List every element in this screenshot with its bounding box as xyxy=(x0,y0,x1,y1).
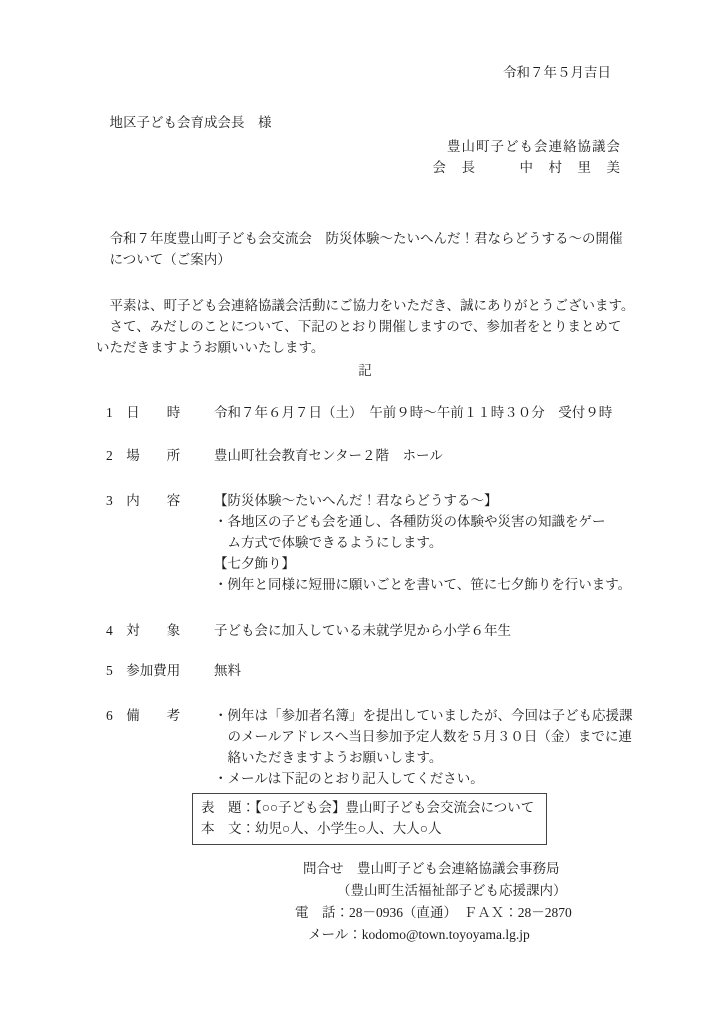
item-row-place: 2 場 所 豊山町社会教育センター２階 ホール xyxy=(106,445,634,466)
greeting-line-1: 平素は、町子ども会連絡協議会活動にご協力をいただき、誠にありがとうございます。 xyxy=(96,295,634,316)
item-value-line: 【防災体験～たいへんだ！君ならどうする～】 xyxy=(214,490,634,511)
item-label: 5 参加費用 xyxy=(106,660,214,681)
item-label: 2 場 所 xyxy=(106,445,214,466)
item-value: ・例年は「参加者名簿」を提出していましたが、今回は子ども応援課 のメールアドレス… xyxy=(214,705,634,789)
item-row-datetime: 1 日 時 令和７年６月７日（土） 午前９時～午前１１時３０分 受付９時 xyxy=(106,402,634,423)
item-value-line: 絡いただきますようお願いします。 xyxy=(214,747,634,768)
subject-line-2: について（ご案内） xyxy=(96,249,634,270)
contact-phone-fax: 電 話：28－0936（直通） ＦＡＸ：28－2870 xyxy=(295,902,634,924)
item-row-target: 4 対 象 子ども会に加入している未就学児から小学６年生 xyxy=(106,620,634,641)
contact-email: メール：kodomo@town.toyoyama.lg.jp xyxy=(308,924,634,946)
sender-person: 会 長 中 村 里 美 xyxy=(96,157,621,179)
contact-block: 問合せ 豊山町子ども会連絡協議会事務局 （豊山町生活福祉部子ども応援課内） 電 … xyxy=(96,858,634,946)
item-value-line: ム方式で体験できるようにします。 xyxy=(214,532,634,553)
item-value-line: 無料 xyxy=(214,660,634,681)
item-value-line: ・例年は「参加者名簿」を提出していましたが、今回は子ども応援課 xyxy=(214,705,634,726)
item-label: 4 対 象 xyxy=(106,620,214,641)
item-row-fee: 5 参加費用 無料 xyxy=(106,660,634,681)
item-row-remarks: 6 備 考 ・例年は「参加者名簿」を提出していましたが、今回は子ども応援課 のメ… xyxy=(106,705,634,789)
document-page: 令和７年５月吉日 地区子ども会育成会長 様 豊山町子ども会連絡協議会 会 長 中… xyxy=(0,0,724,1024)
contact-department: （豊山町生活福祉部子ども応援課内） xyxy=(337,880,634,902)
subject-line-1: 令和７年度豊山町子ども会交流会 防災体験～たいへんだ！君ならどうする～の開催 xyxy=(96,228,634,249)
greeting-line-3: いただきますようお願いいたします。 xyxy=(96,337,634,358)
sender-block: 豊山町子ども会連絡協議会 会 長 中 村 里 美 xyxy=(96,136,634,179)
greeting-line-2: さて、みだしのことについて、下記のとおり開催しますので、参加者をとりまとめて xyxy=(96,316,634,337)
item-value-line: 豊山町社会教育センター２階 ホール xyxy=(214,445,634,466)
date-block: 令和７年５月吉日 xyxy=(96,62,634,83)
subject-block: 令和７年度豊山町子ども会交流会 防災体験～たいへんだ！君ならどうする～の開催 に… xyxy=(96,228,634,270)
item-value-line: ・メールは下記のとおり記入してください。 xyxy=(214,768,634,789)
item-value: 令和７年６月７日（土） 午前９時～午前１１時３０分 受付９時 xyxy=(214,402,634,423)
item-value: 豊山町社会教育センター２階 ホール xyxy=(214,445,634,466)
item-value: 子ども会に加入している未就学児から小学６年生 xyxy=(214,620,634,641)
item-value: 無料 xyxy=(214,660,634,681)
items-list: 1 日 時 令和７年６月７日（土） 午前９時～午前１１時３０分 受付９時 2 場… xyxy=(96,402,634,789)
item-row-contents: 3 内 容 【防災体験～たいへんだ！君ならどうする～】 ・各地区の子ども会を通し… xyxy=(106,490,634,595)
item-value-line: ・各地区の子ども会を通し、各種防災の体験や災害の知識をゲー xyxy=(214,511,634,532)
contact-office: 問合せ 豊山町子ども会連絡協議会事務局 xyxy=(303,858,634,880)
addressee: 地区子ども会育成会長 様 xyxy=(96,112,634,133)
item-value-line: ・例年と同様に短冊に願いごとを書いて、笹に七夕飾りを行います。 xyxy=(214,574,634,595)
mail-subject-line: 表 題：【○○子ども会】豊山町子ども会交流会について xyxy=(201,797,534,818)
item-value-line: 【七夕飾り】 xyxy=(214,553,634,574)
item-value-line: 令和７年６月７日（土） 午前９時～午前１１時３０分 受付９時 xyxy=(214,402,634,423)
item-value: 【防災体験～たいへんだ！君ならどうする～】 ・各地区の子ども会を通し、各種防災の… xyxy=(214,490,634,595)
sender-organization: 豊山町子ども会連絡協議会 xyxy=(96,136,621,157)
mail-format-box: 表 題：【○○子ども会】豊山町子ども会交流会について 本 文：幼児○人、小学生○… xyxy=(192,793,547,845)
item-value-line: のメールアドレスへ当日参加予定人数を５月３０日（金）までに連 xyxy=(214,726,634,747)
item-value-line: 子ども会に加入している未就学児から小学６年生 xyxy=(214,620,634,641)
mail-body-line: 本 文：幼児○人、小学生○人、大人○人 xyxy=(201,818,534,839)
item-label: 1 日 時 xyxy=(106,402,214,423)
issue-date: 令和７年５月吉日 xyxy=(96,62,611,83)
greeting-paragraph: 平素は、町子ども会連絡協議会活動にご協力をいただき、誠にありがとうございます。 … xyxy=(96,295,634,358)
item-label: 6 備 考 xyxy=(106,705,214,789)
item-label: 3 内 容 xyxy=(106,490,214,595)
record-marker: 記 xyxy=(96,360,634,381)
